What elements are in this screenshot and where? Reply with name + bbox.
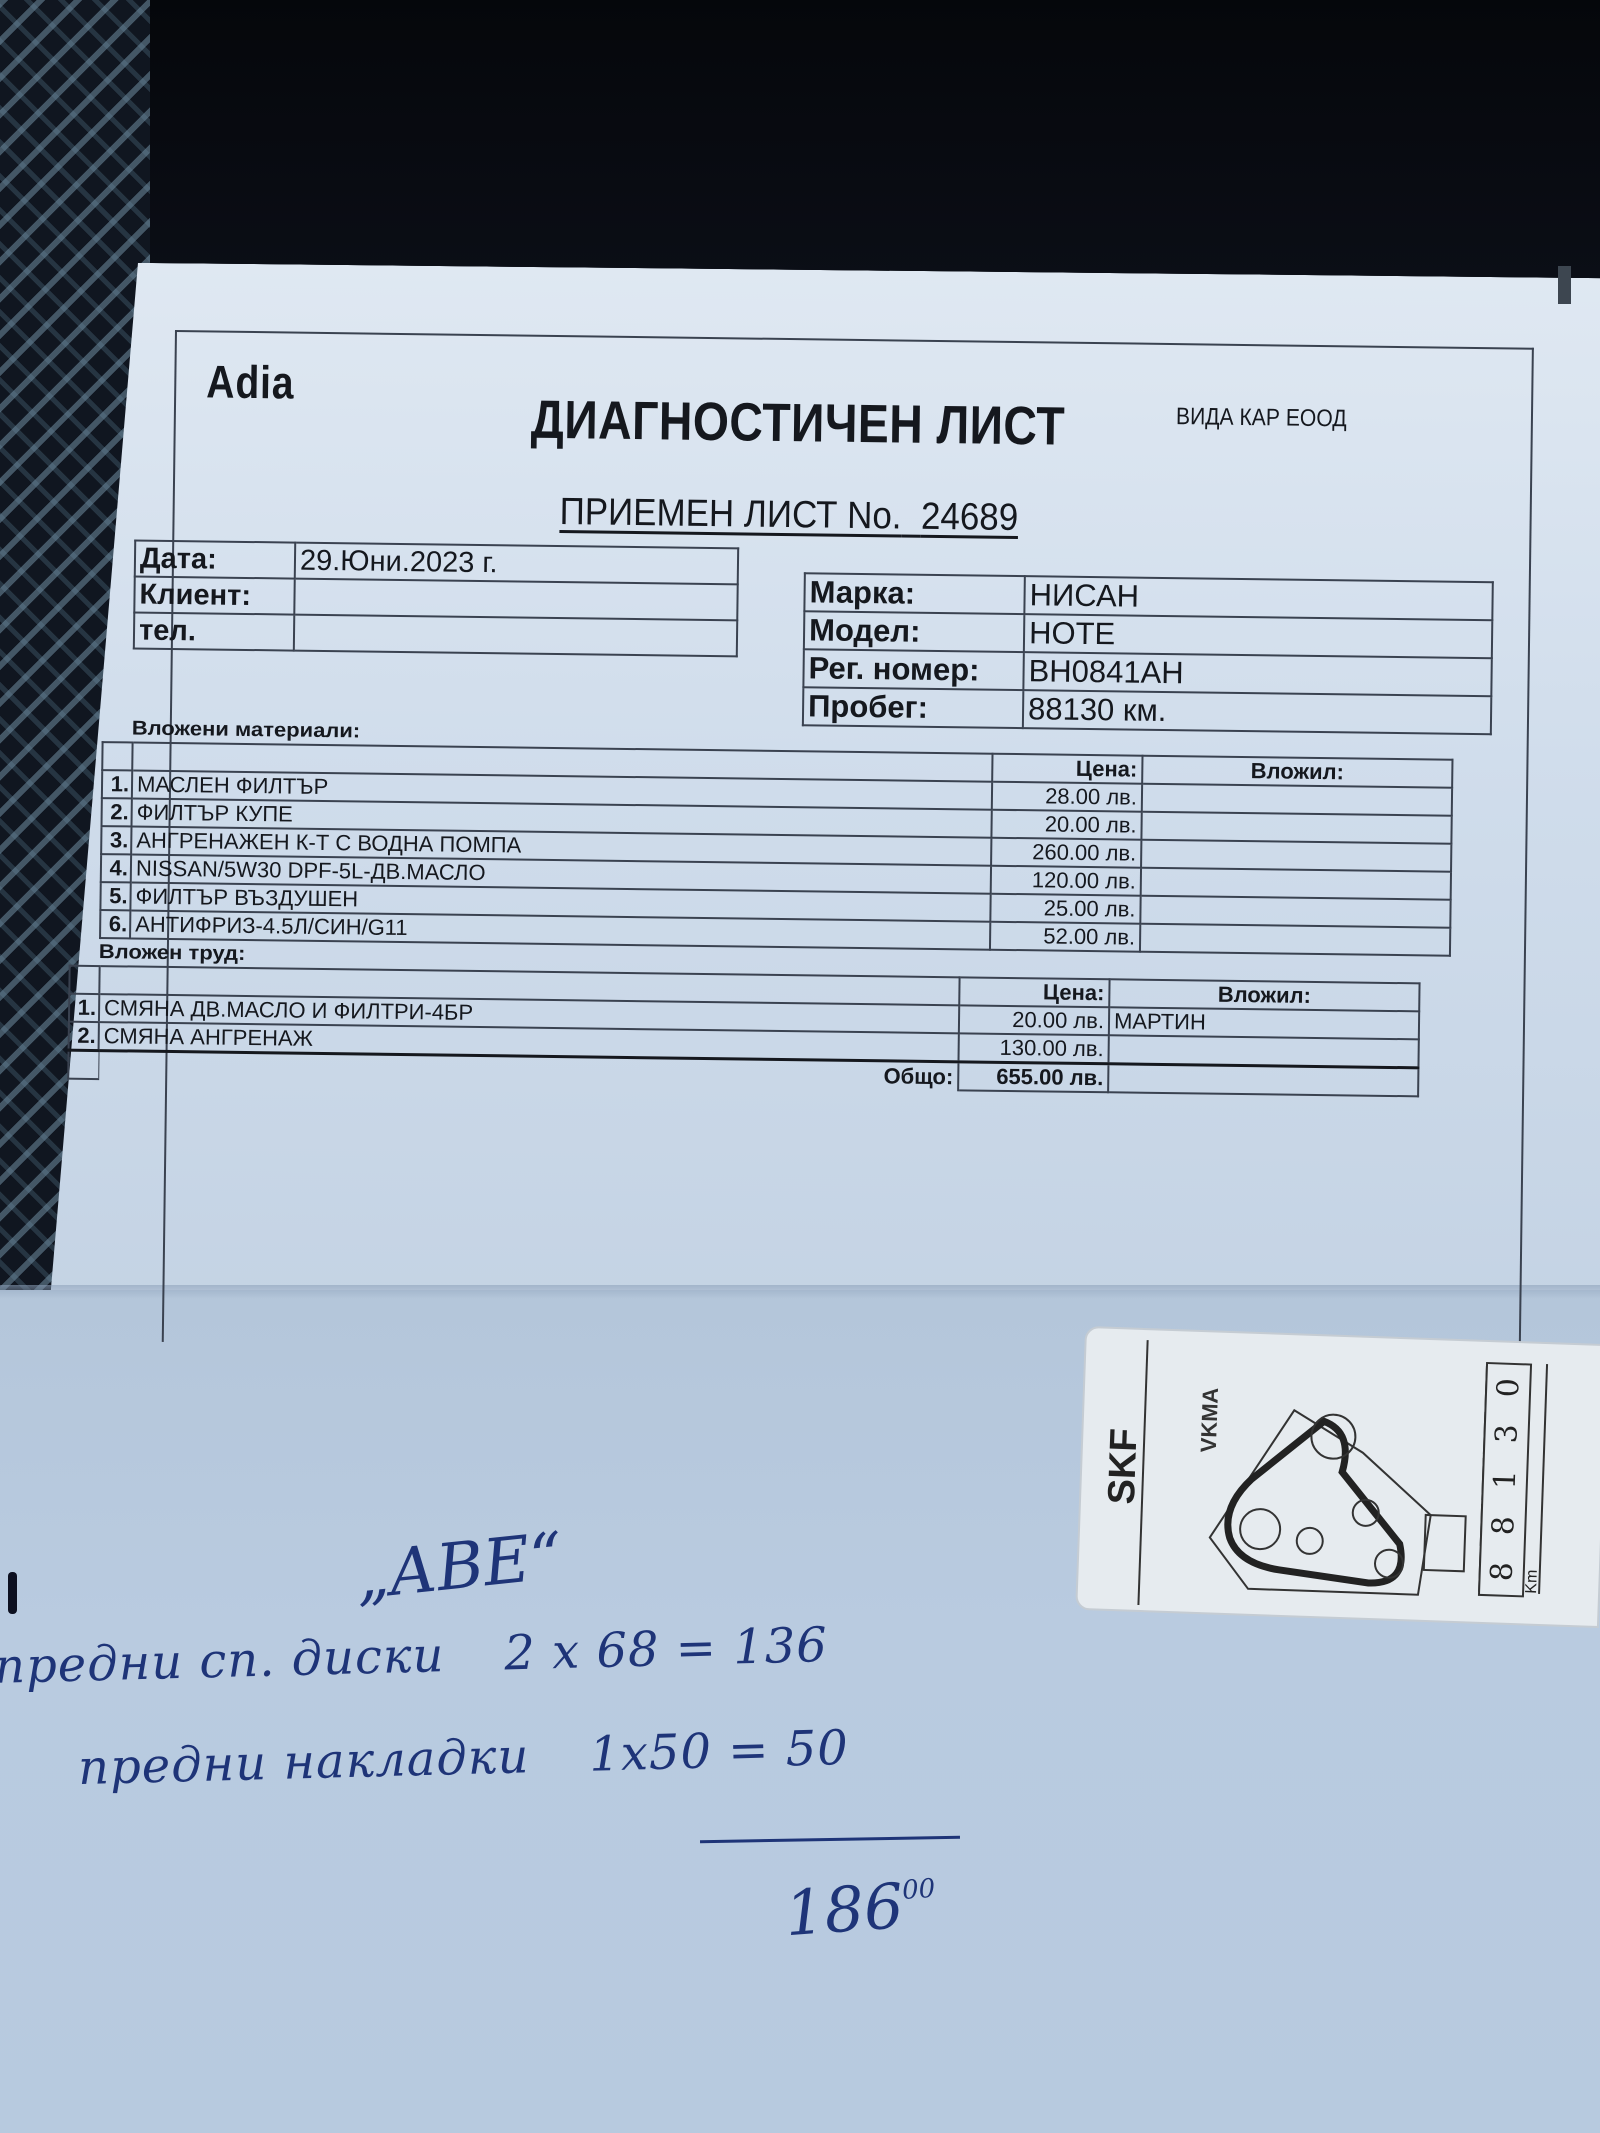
row-by [1141,812,1451,844]
row-by [1141,868,1451,900]
row-number: 3. [101,826,131,854]
hw-line1-text: предни сп. диски [0,1627,445,1695]
row-number: 5. [100,882,130,910]
row-by: МАРТИН [1109,1007,1419,1039]
row-by [1141,840,1451,872]
document-title: ДИАГНОСТИЧЕН ЛИСТ [530,389,1065,458]
labor-table: Цена:Вложил:1.СМЯНА ДВ.МАСЛО И ФИЛТРИ-4Б… [67,965,1420,1098]
client-info-table: Дата: 29.Юни.2023 г. Клиент: тел. [133,539,739,657]
row-price: 260.00 лв. [991,838,1141,868]
row-price: 20.00 лв. [959,1005,1109,1035]
row-price: 52.00 лв. [990,922,1140,952]
reg-value: ВН0841АН [1023,652,1491,696]
row-price: 25.00 лв. [990,894,1140,924]
row-number: 4. [101,854,131,882]
row-by [1108,1035,1418,1068]
receipt-value: 24689 [921,496,1019,539]
model-label: Модел: [804,611,1024,652]
total-by [1108,1064,1418,1097]
handwritten-total: 18600 [783,1867,939,1950]
mileage-value: 88130 км. [1023,690,1491,734]
row-price: 20.00 лв. [991,810,1141,840]
phone-row: тел. [134,612,737,656]
diagnostic-form: Adia ДИАГНОСТИЧЕН ЛИСТ ВИДА КАР ЕООД ПРИ… [162,330,1534,1360]
row-price: 130.00 лв. [958,1033,1108,1063]
date-label: Дата: [135,540,295,578]
row-price: 28.00 лв. [992,782,1142,812]
total-value: 655.00 лв. [958,1062,1108,1092]
make-value: НИСАН [1024,576,1492,620]
receipt-number: ПРИЕМЕН ЛИСТ No. 24689 [559,491,1018,540]
row-number: 6. [100,910,130,938]
total-empty [68,1050,98,1079]
skf-sticker: SKF VKMA 8 8 1 3 0 Km 29/06/23 [1075,1326,1600,1628]
pen-tip [8,1572,17,1614]
km-digit: 1 [1481,1458,1528,1502]
hw-line2-calc: 1x50 = 50 [589,1720,850,1783]
timing-belt-diagram-icon [1168,1386,1475,1606]
price-header: Цена: [992,754,1142,784]
row-price: 120.00 лв. [991,866,1141,896]
hw-line2-text: предни накладки [77,1728,530,1796]
km-box: 8 8 1 3 0 [1478,1362,1532,1597]
make-label: Марка: [804,573,1024,614]
row-number: 1. [102,770,132,798]
by-header: Вложил: [1109,979,1419,1011]
materials-table: Цена:Вложил:1.МАСЛЕН ФИЛТЪР28.00 лв.2.ФИ… [99,741,1453,957]
vehicle-info-table: Марка: НИСАН Модел: НОТЕ Рег. номер: ВН0… [802,572,1494,735]
row-number: 1. [69,994,99,1022]
num-header [102,742,132,770]
adia-logo: Adia [206,354,295,409]
client-value [294,579,737,621]
hw-total-value: 186 [783,1869,906,1950]
skf-logo: SKF [1101,1428,1147,1505]
sticker-date-box: 29/06/23 [1538,1364,1600,1596]
row-by [1140,896,1450,928]
row-number: 2. [102,798,132,826]
km-digit: 8 [1480,1504,1527,1548]
reg-label: Рег. номер: [803,649,1023,690]
by-header: Вложил: [1142,756,1452,788]
staple-mark [1558,266,1571,304]
labor-section-label: Вложен труд: [99,941,246,966]
company-name: ВИДА КАР ЕООД [1176,403,1347,433]
date-value: 29.Юни.2023 г. [295,543,738,585]
phone-value [294,615,737,657]
hw-total-cents: 00 [901,1874,936,1906]
client-label: Клиент: [134,576,294,614]
phone-label: тел. [134,612,294,650]
receipt-label: ПРИЕМЕН ЛИСТ No. [559,491,901,537]
row-number: 2. [69,1022,99,1051]
km-digit: 3 [1483,1412,1530,1456]
row-by [1140,924,1450,956]
num-header [69,966,99,994]
model-value: НОТЕ [1024,614,1492,658]
mileage-row: Пробег: 88130 км. [803,687,1491,734]
price-header: Цена: [959,977,1109,1007]
hw-line1-calc: 2 x 68 = 136 [504,1617,829,1681]
dark-background [150,0,1600,280]
mileage-label: Пробег: [803,687,1023,728]
materials-section-label: Вложени материали: [132,717,361,743]
km-digit: 0 [1484,1366,1531,1410]
row-by [1142,784,1452,816]
sticker-date: 29/06/23 [1596,1416,1600,1552]
km-digit: 8 [1478,1550,1525,1594]
